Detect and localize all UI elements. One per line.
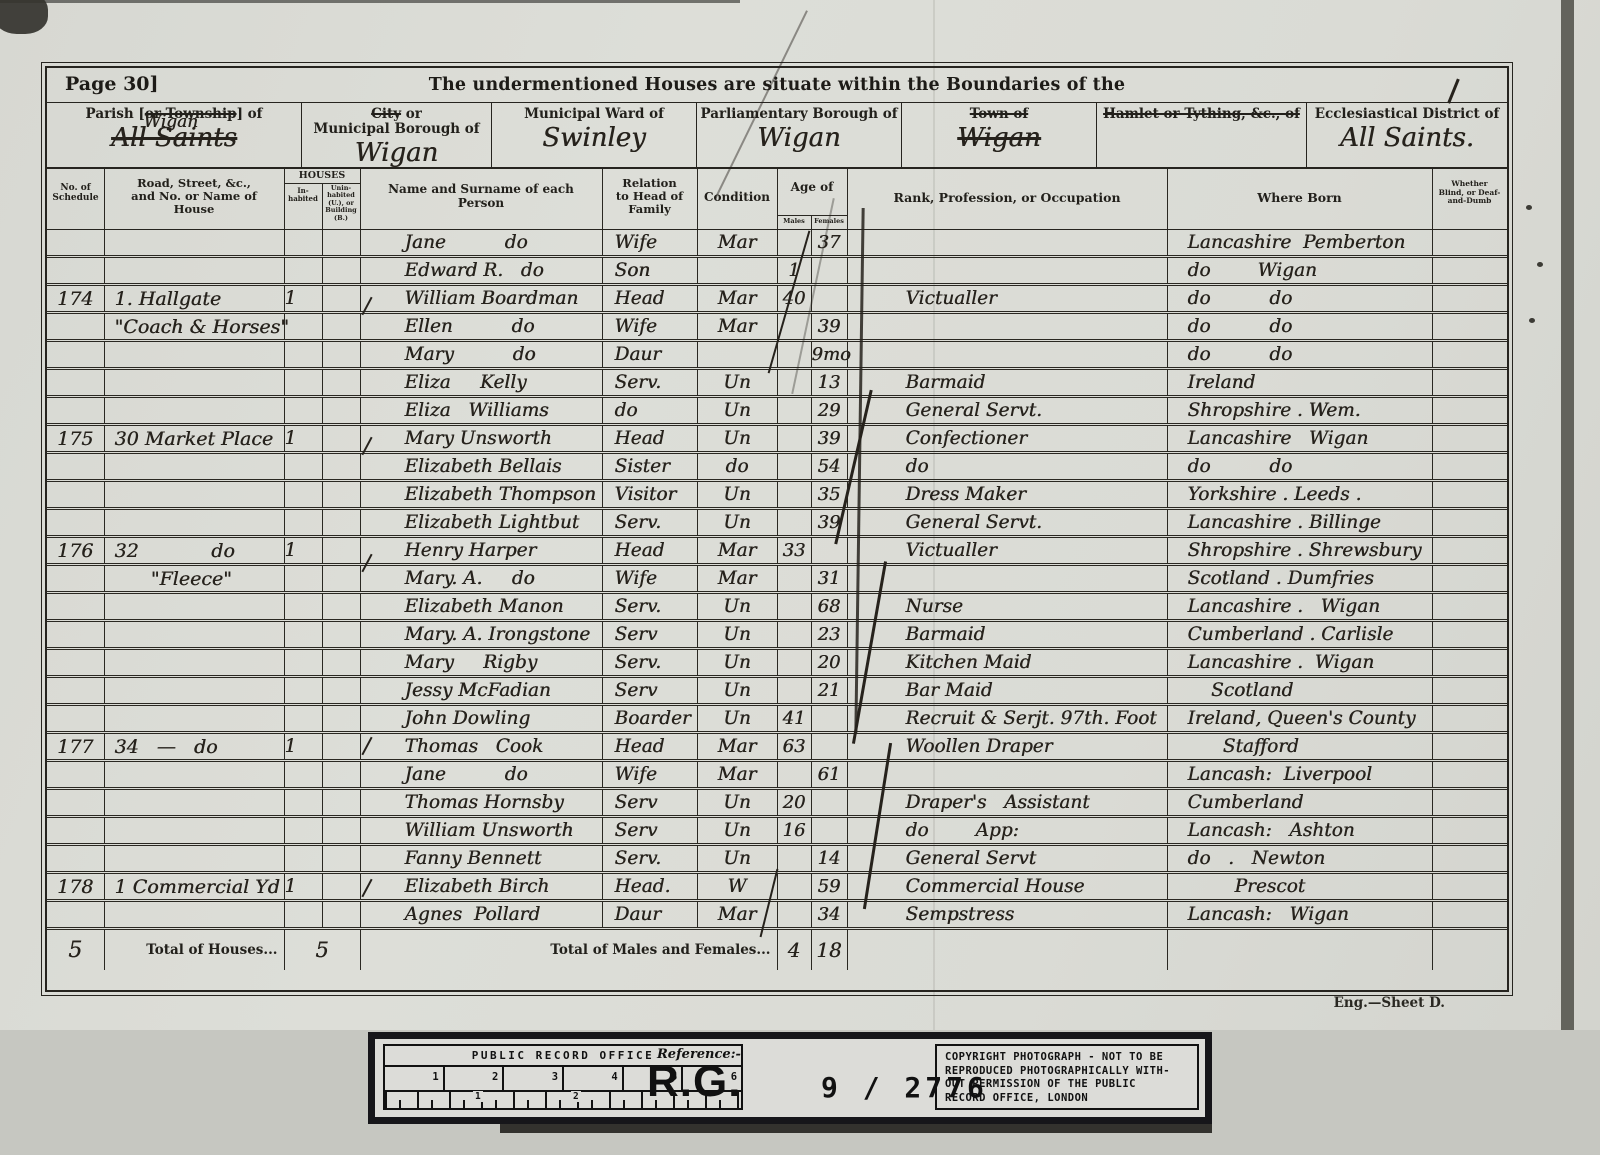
cell-where-born: do do bbox=[1167, 313, 1432, 341]
totals-males-value: 4 bbox=[777, 929, 811, 971]
cell-blind bbox=[1432, 230, 1507, 257]
totals-row: 5 Total of Houses... 5 Total of Males an… bbox=[47, 929, 1507, 971]
cell-blind bbox=[1432, 397, 1507, 425]
cell-where-born: Lancashire . Wigan bbox=[1167, 593, 1432, 621]
census-row: 1741. Hallgate1William BoardmanHeadMar40… bbox=[47, 285, 1507, 313]
cell-inhabited: 1 bbox=[284, 425, 322, 453]
cell-inhabited bbox=[284, 509, 322, 537]
cell-blind bbox=[1432, 733, 1507, 761]
cell-road bbox=[104, 789, 284, 817]
header-divider bbox=[697, 169, 698, 229]
boundary-label: Town of bbox=[902, 107, 1096, 122]
header-divider bbox=[811, 215, 812, 229]
cell-where-born: Cumberland bbox=[1167, 789, 1432, 817]
cell-condition: Mar bbox=[697, 230, 777, 257]
census-row: "Coach & Horses"Ellen doWifeMar39do do bbox=[47, 313, 1507, 341]
cell-inhabited bbox=[284, 397, 322, 425]
boundary-label: Municipal Ward of bbox=[492, 107, 696, 122]
cell-where-born: Lancash: Wigan bbox=[1167, 901, 1432, 929]
cell-name: Elizabeth Thompson bbox=[360, 481, 602, 509]
cell-road: 30 Market Place bbox=[104, 425, 284, 453]
census-row: 1781 Commercial Yd1Elizabeth BirchHead.W… bbox=[47, 873, 1507, 901]
totals-females-value: 18 bbox=[811, 929, 847, 971]
cell-uninhabited bbox=[322, 537, 360, 565]
cell-where-born: Yorkshire . Leeds . bbox=[1167, 481, 1432, 509]
cell-age-female bbox=[811, 285, 847, 313]
cell-relation: Serv. bbox=[602, 845, 697, 873]
cell-occupation: Nurse bbox=[847, 593, 1167, 621]
cell-occupation: Barmaid bbox=[847, 369, 1167, 397]
cell-relation: Wife bbox=[602, 313, 697, 341]
cell-uninhabited bbox=[322, 705, 360, 733]
census-table: Jane doWifeMar37Lancashire PembertonEdwa… bbox=[47, 230, 1507, 970]
cell-where-born: Shropshire . Wem. bbox=[1167, 397, 1432, 425]
cell-uninhabited bbox=[322, 313, 360, 341]
cell-age-female: 59 bbox=[811, 873, 847, 901]
cell-occupation: General Servt. bbox=[847, 397, 1167, 425]
cell-occupation: Draper's Assistant bbox=[847, 789, 1167, 817]
cell-condition: Un bbox=[697, 845, 777, 873]
cell-age-male: 33 bbox=[777, 537, 811, 565]
cell-road bbox=[104, 230, 284, 257]
cell-where-born: Lancashire . Wigan bbox=[1167, 649, 1432, 677]
cell-name: Elizabeth Birch bbox=[360, 873, 602, 901]
cell-uninhabited bbox=[322, 677, 360, 705]
cell-road bbox=[104, 649, 284, 677]
census-row: William UnsworthServUn16do App:Lancash: … bbox=[47, 817, 1507, 845]
cell-name: Henry Harper bbox=[360, 537, 602, 565]
cell-name: Jane do bbox=[360, 230, 602, 257]
cell-blind bbox=[1432, 873, 1507, 901]
cell-inhabited bbox=[284, 313, 322, 341]
col-header-name: Name and Surname of each Person bbox=[360, 183, 602, 211]
cell-name: Fanny Bennett bbox=[360, 845, 602, 873]
census-row: Mary doDaur9modo do bbox=[47, 341, 1507, 369]
cell-road bbox=[104, 481, 284, 509]
scan-artifact bbox=[0, 0, 740, 3]
cell-relation: Serv. bbox=[602, 369, 697, 397]
cell-uninhabited bbox=[322, 817, 360, 845]
boundary-field: Municipal Ward ofSwinley bbox=[492, 103, 697, 167]
ruler-inch-segment: 3 bbox=[504, 1067, 564, 1090]
cell-age-female: 39 bbox=[811, 313, 847, 341]
cell-relation: do bbox=[602, 397, 697, 425]
cell-blind bbox=[1432, 509, 1507, 537]
cell-age-male bbox=[777, 873, 811, 901]
census-row: "Fleece"Mary. A. doWifeMar31Scotland . D… bbox=[47, 565, 1507, 593]
cell-road bbox=[104, 453, 284, 481]
cell-condition: Mar bbox=[697, 313, 777, 341]
cell-name: William Boardman bbox=[360, 285, 602, 313]
cell-uninhabited bbox=[322, 257, 360, 285]
col-header-relation: Relation to Head of Family bbox=[602, 177, 697, 217]
cell-schedule bbox=[47, 230, 104, 257]
boundary-value: Swinley bbox=[492, 123, 696, 153]
cell-relation: Daur bbox=[602, 341, 697, 369]
cell-name: Jessy McFadian bbox=[360, 677, 602, 705]
scan-speck bbox=[1529, 318, 1535, 323]
cell-blind bbox=[1432, 761, 1507, 789]
cell-road bbox=[104, 677, 284, 705]
cell-schedule bbox=[47, 593, 104, 621]
cell-occupation: Sempstress bbox=[847, 901, 1167, 929]
cell-age-female: 13 bbox=[811, 369, 847, 397]
totals-males-females-label: Total of Males and Females... bbox=[360, 929, 777, 971]
cell-age-female: 21 bbox=[811, 677, 847, 705]
census-row: 17632 do1Henry HarperHeadMar33Victualler… bbox=[47, 537, 1507, 565]
cell-condition: Mar bbox=[697, 733, 777, 761]
cell-blind bbox=[1432, 313, 1507, 341]
header-divider bbox=[777, 169, 778, 229]
cell-inhabited: 1 bbox=[284, 873, 322, 901]
cell-occupation: Kitchen Maid bbox=[847, 649, 1167, 677]
census-rows: Jane doWifeMar37Lancashire PembertonEdwa… bbox=[47, 230, 1507, 970]
cell-age-female: 39 bbox=[811, 509, 847, 537]
cell-age-male bbox=[777, 901, 811, 929]
col-header-inhabited: In- habited bbox=[284, 187, 322, 203]
cell-condition: Un bbox=[697, 509, 777, 537]
cell-age-male bbox=[777, 761, 811, 789]
form-title: The undermentioned Houses are situate wi… bbox=[47, 75, 1507, 95]
cell-where-born: do Wigan bbox=[1167, 257, 1432, 285]
cell-age-male bbox=[777, 397, 811, 425]
cell-occupation: General Servt bbox=[847, 845, 1167, 873]
totals-houses-label: Total of Houses... bbox=[104, 929, 284, 971]
cell-age-male: 41 bbox=[777, 705, 811, 733]
cell-schedule: 176 bbox=[47, 537, 104, 565]
cell-name: Thomas Hornsby bbox=[360, 789, 602, 817]
census-row: Mary RigbyServ.Un20Kitchen MaidLancashir… bbox=[47, 649, 1507, 677]
cell-age-female bbox=[811, 789, 847, 817]
cell-condition: Mar bbox=[697, 537, 777, 565]
cell-name: Agnes Pollard bbox=[360, 901, 602, 929]
cell-schedule: 178 bbox=[47, 873, 104, 901]
cell-blind bbox=[1432, 621, 1507, 649]
cell-occupation: Dress Maker bbox=[847, 481, 1167, 509]
cell-uninhabited bbox=[322, 453, 360, 481]
cell-condition: Un bbox=[697, 369, 777, 397]
cell-age-female: 37 bbox=[811, 230, 847, 257]
cell-uninhabited bbox=[322, 341, 360, 369]
cell-inhabited: 1 bbox=[284, 285, 322, 313]
cell-where-born: Scotland bbox=[1167, 677, 1432, 705]
cell-inhabited bbox=[284, 901, 322, 929]
census-form: Page 30] The undermentioned Houses are s… bbox=[45, 66, 1509, 992]
cell-uninhabited bbox=[322, 565, 360, 593]
cell-schedule bbox=[47, 453, 104, 481]
cell-schedule bbox=[47, 397, 104, 425]
scan-speck bbox=[1526, 205, 1532, 210]
cell-name: Mary Rigby bbox=[360, 649, 602, 677]
totals-empty bbox=[847, 929, 1167, 971]
cell-relation: Head bbox=[602, 285, 697, 313]
cell-occupation: Victualler bbox=[847, 537, 1167, 565]
cell-schedule bbox=[47, 313, 104, 341]
cell-where-born: Cumberland . Carlisle bbox=[1167, 621, 1432, 649]
cell-condition bbox=[697, 341, 777, 369]
boundary-value: Wigan bbox=[902, 123, 1096, 153]
cell-occupation: Confectioner bbox=[847, 425, 1167, 453]
census-row: 17734 — do1Thomas CookHeadMar63Woollen D… bbox=[47, 733, 1507, 761]
cell-occupation: Barmaid bbox=[847, 621, 1167, 649]
cell-blind bbox=[1432, 565, 1507, 593]
cell-inhabited bbox=[284, 817, 322, 845]
cell-relation: Sister bbox=[602, 453, 697, 481]
scan-edge bbox=[1561, 0, 1574, 1030]
cell-blind bbox=[1432, 677, 1507, 705]
cell-road bbox=[104, 761, 284, 789]
cell-occupation bbox=[847, 257, 1167, 285]
cell-condition: Un bbox=[697, 677, 777, 705]
cell-where-born: Ireland bbox=[1167, 369, 1432, 397]
scan-smudge bbox=[0, 0, 48, 34]
cell-name: Mary. A. Irongstone bbox=[360, 621, 602, 649]
cell-where-born: do do bbox=[1167, 453, 1432, 481]
cell-road bbox=[104, 509, 284, 537]
cell-road: 1. Hallgate bbox=[104, 285, 284, 313]
census-row: Edward R. doSon1do Wigan bbox=[47, 257, 1507, 285]
boundary-overwrite: Wigan bbox=[144, 107, 199, 137]
cell-age-female: 23 bbox=[811, 621, 847, 649]
cell-where-born: Lancash: Ashton bbox=[1167, 817, 1432, 845]
cell-condition bbox=[697, 257, 777, 285]
header-divider bbox=[322, 183, 323, 229]
boundary-field: Hamlet or Tything, &c., of bbox=[1097, 103, 1307, 167]
copyright-line: OUT PERMISSION OF THE PUBLIC bbox=[945, 1078, 1197, 1092]
cell-where-born: Scotland . Dumfries bbox=[1167, 565, 1432, 593]
census-row: Jessy McFadianServUn21Bar Maid Scotland bbox=[47, 677, 1507, 705]
census-row: Eliza WilliamsdoUn29General Servt.Shrops… bbox=[47, 397, 1507, 425]
cell-where-born: Lancash: Liverpool bbox=[1167, 761, 1432, 789]
totals-left-mark: 5 bbox=[47, 929, 104, 971]
boundary-label: City orMunicipal Borough of bbox=[302, 107, 491, 137]
record-group-label: R.G. bbox=[647, 1057, 741, 1107]
cell-schedule: 177 bbox=[47, 733, 104, 761]
cell-road bbox=[104, 705, 284, 733]
boundary-field: Ecclesiastical District ofAll Saints. bbox=[1307, 103, 1507, 167]
cell-relation: Head bbox=[602, 537, 697, 565]
cell-condition: Mar bbox=[697, 565, 777, 593]
boundary-value: Wigan bbox=[302, 138, 491, 168]
boundary-field: Parliamentary Borough ofWigan bbox=[697, 103, 902, 167]
cell-schedule: 175 bbox=[47, 425, 104, 453]
cell-uninhabited bbox=[322, 845, 360, 873]
cell-relation: Wife bbox=[602, 761, 697, 789]
cell-schedule bbox=[47, 845, 104, 873]
cell-inhabited bbox=[284, 341, 322, 369]
cell-road: 32 do bbox=[104, 537, 284, 565]
cell-uninhabited bbox=[322, 230, 360, 257]
col-header-born: Where Born bbox=[1167, 191, 1432, 205]
ruler-inch-segment: 1 bbox=[385, 1067, 445, 1090]
header-divider bbox=[360, 169, 361, 229]
cell-relation: Serv. bbox=[602, 593, 697, 621]
cell-condition: Un bbox=[697, 789, 777, 817]
cell-name: Ellen do bbox=[360, 313, 602, 341]
cell-schedule bbox=[47, 509, 104, 537]
cell-age-female: 54 bbox=[811, 453, 847, 481]
cell-relation: Head bbox=[602, 733, 697, 761]
cell-road bbox=[104, 397, 284, 425]
cell-schedule bbox=[47, 481, 104, 509]
cell-name: Thomas Cook bbox=[360, 733, 602, 761]
scan-speck bbox=[1537, 262, 1543, 267]
cell-where-born: Stafford bbox=[1167, 733, 1432, 761]
cell-uninhabited bbox=[322, 425, 360, 453]
cell-age-male: 16 bbox=[777, 817, 811, 845]
cell-inhabited bbox=[284, 789, 322, 817]
cell-relation: Son bbox=[602, 257, 697, 285]
col-header-age: Age of bbox=[777, 181, 847, 195]
census-row: John DowlingBoarderUn41Recruit & Serjt. … bbox=[47, 705, 1507, 733]
cell-age-male: 20 bbox=[777, 789, 811, 817]
header-divider bbox=[847, 169, 848, 229]
cell-blind bbox=[1432, 593, 1507, 621]
cell-name: Elizabeth Manon bbox=[360, 593, 602, 621]
cell-uninhabited bbox=[322, 369, 360, 397]
cell-where-born: do . Newton bbox=[1167, 845, 1432, 873]
cell-condition: Un bbox=[697, 425, 777, 453]
cell-age-male bbox=[777, 425, 811, 453]
cell-road: 34 — do bbox=[104, 733, 284, 761]
header-divider bbox=[1432, 169, 1433, 229]
boundary-field: City orMunicipal Borough ofWigan bbox=[302, 103, 492, 167]
cell-inhabited bbox=[284, 565, 322, 593]
col-header-occupation: Rank, Profession, or Occupation bbox=[847, 191, 1167, 205]
cell-name: Elizabeth Lightbut bbox=[360, 509, 602, 537]
cell-uninhabited bbox=[322, 621, 360, 649]
boundary-value: All Saints. bbox=[1307, 123, 1507, 153]
cell-uninhabited bbox=[322, 789, 360, 817]
cell-schedule bbox=[47, 789, 104, 817]
cell-occupation: do App: bbox=[847, 817, 1167, 845]
cell-schedule bbox=[47, 705, 104, 733]
cell-age-male bbox=[777, 481, 811, 509]
cell-blind bbox=[1432, 285, 1507, 313]
cell-schedule bbox=[47, 369, 104, 397]
census-row: Elizabeth ThompsonVisitorUn35Dress Maker… bbox=[47, 481, 1507, 509]
cell-where-born: Lancashire . Billinge bbox=[1167, 509, 1432, 537]
col-header-schedule: No. of Schedule bbox=[47, 183, 104, 204]
cell-age-female: 14 bbox=[811, 845, 847, 873]
cell-age-female bbox=[811, 733, 847, 761]
cell-inhabited bbox=[284, 649, 322, 677]
census-row: Thomas HornsbyServUn20Draper's Assistant… bbox=[47, 789, 1507, 817]
boundary-field: Town ofWigan bbox=[902, 103, 1097, 167]
cell-relation: Daur bbox=[602, 901, 697, 929]
cm-label: 1 bbox=[473, 1091, 483, 1102]
cell-blind bbox=[1432, 705, 1507, 733]
cell-relation: Head. bbox=[602, 873, 697, 901]
cell-age-female: 35 bbox=[811, 481, 847, 509]
cell-blind bbox=[1432, 649, 1507, 677]
cell-name: Edward R. do bbox=[360, 257, 602, 285]
cell-name: Mary Unsworth bbox=[360, 425, 602, 453]
cell-inhabited: 1 bbox=[284, 537, 322, 565]
census-row: Agnes PollardDaurMar34SempstressLancash:… bbox=[47, 901, 1507, 929]
boundary-label: Parliamentary Borough of bbox=[697, 107, 901, 122]
cell-blind bbox=[1432, 537, 1507, 565]
cell-occupation bbox=[847, 565, 1167, 593]
cell-schedule bbox=[47, 649, 104, 677]
cell-age-male: 1 bbox=[777, 257, 811, 285]
cell-schedule bbox=[47, 565, 104, 593]
cell-occupation: Recruit & Serjt. 97th. Foot bbox=[847, 705, 1167, 733]
cell-schedule bbox=[47, 341, 104, 369]
cell-blind bbox=[1432, 789, 1507, 817]
cell-name: Mary do bbox=[360, 341, 602, 369]
sheet-note: Eng.—Sheet D. bbox=[1334, 995, 1445, 1011]
cell-uninhabited bbox=[322, 285, 360, 313]
cell-inhabited bbox=[284, 230, 322, 257]
cell-occupation: General Servt. bbox=[847, 509, 1167, 537]
form-title-row: Page 30] The undermentioned Houses are s… bbox=[47, 68, 1507, 103]
cell-inhabited bbox=[284, 677, 322, 705]
cell-occupation bbox=[847, 761, 1167, 789]
cell-road bbox=[104, 845, 284, 873]
cell-age-male: 40 bbox=[777, 285, 811, 313]
cell-inhabited bbox=[284, 257, 322, 285]
header-divider bbox=[1167, 169, 1168, 229]
pro-stamp: PUBLIC RECORD OFFICE 123456 1 2 Referenc… bbox=[368, 1032, 1212, 1124]
census-row: 17530 Market Place1Mary UnsworthHeadUn39… bbox=[47, 425, 1507, 453]
cell-schedule bbox=[47, 817, 104, 845]
cell-age-male bbox=[777, 565, 811, 593]
cell-schedule bbox=[47, 257, 104, 285]
cell-where-born: Lancashire Wigan bbox=[1167, 425, 1432, 453]
cell-condition: Un bbox=[697, 621, 777, 649]
col-header-blind: Whether Blind, or Deaf- and-Dumb bbox=[1432, 180, 1507, 206]
header-divider bbox=[104, 169, 105, 229]
cell-where-born: Lancashire Pemberton bbox=[1167, 230, 1432, 257]
totals-empty bbox=[1167, 929, 1432, 971]
cell-road bbox=[104, 369, 284, 397]
cell-occupation: Bar Maid bbox=[847, 677, 1167, 705]
cell-age-male bbox=[777, 621, 811, 649]
census-row: Elizabeth LightbutServ.Un39General Servt… bbox=[47, 509, 1507, 537]
boundary-label: Ecclesiastical District of bbox=[1307, 107, 1507, 122]
cell-name: Elizabeth Bellais bbox=[360, 453, 602, 481]
cell-blind bbox=[1432, 845, 1507, 873]
cell-condition: Un bbox=[697, 481, 777, 509]
cell-blind bbox=[1432, 901, 1507, 929]
cell-condition: Mar bbox=[697, 285, 777, 313]
census-row: Elizabeth BellaisSisterdo54dodo do bbox=[47, 453, 1507, 481]
cell-road: "Fleece" bbox=[104, 565, 284, 593]
cell-uninhabited bbox=[322, 481, 360, 509]
col-header-uninhabited: Unin- habited (U.), or Building (B.) bbox=[322, 185, 360, 222]
copyright-line: REPRODUCED PHOTOGRAPHICALLY WITH- bbox=[945, 1065, 1197, 1079]
cell-condition: do bbox=[697, 453, 777, 481]
cell-occupation: Woollen Draper bbox=[847, 733, 1167, 761]
cell-uninhabited bbox=[322, 901, 360, 929]
boundary-field: Parish [or Township] ofAll SaintsWigan bbox=[47, 103, 302, 167]
cell-relation: Serv bbox=[602, 789, 697, 817]
cell-blind bbox=[1432, 257, 1507, 285]
cell-age-female: 9mo bbox=[811, 341, 847, 369]
cell-where-born: Shropshire . Shrewsbury bbox=[1167, 537, 1432, 565]
cell-schedule bbox=[47, 621, 104, 649]
cell-inhabited bbox=[284, 761, 322, 789]
cell-road bbox=[104, 621, 284, 649]
cell-inhabited bbox=[284, 481, 322, 509]
cell-blind bbox=[1432, 341, 1507, 369]
totals-empty bbox=[1432, 929, 1507, 971]
copyright-line: COPYRIGHT PHOTOGRAPH - NOT TO BE bbox=[945, 1051, 1197, 1065]
cell-inhabited bbox=[284, 593, 322, 621]
cell-condition: Un bbox=[697, 817, 777, 845]
cell-road: "Coach & Horses" bbox=[104, 313, 284, 341]
